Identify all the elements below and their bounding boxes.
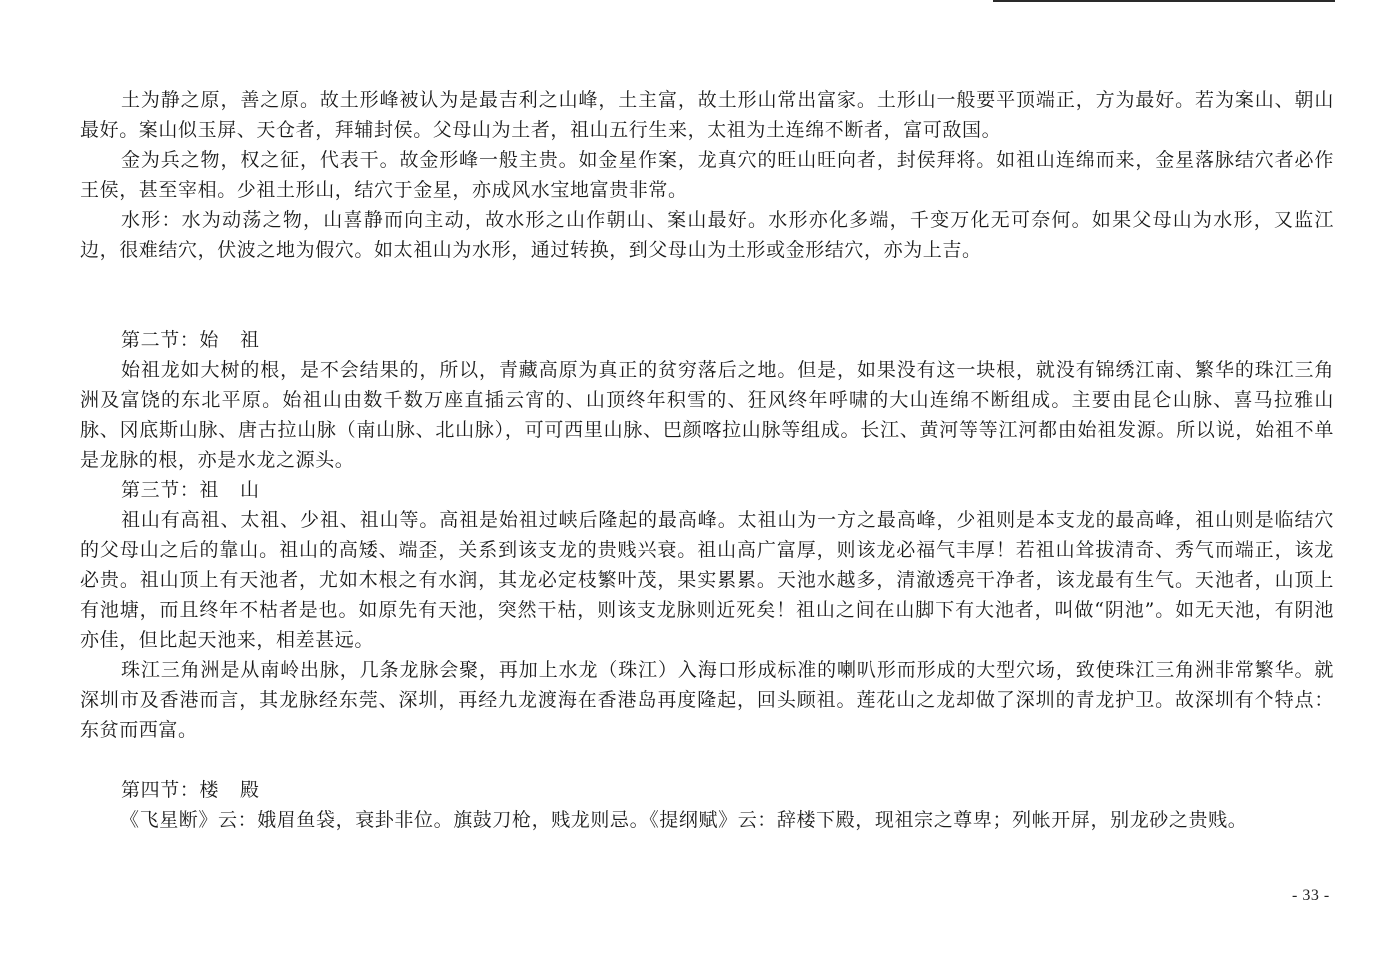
paragraph-water-shape: 水形：水为动荡之物，山喜静而向主动，故水形之山作朝山、案山最好。水形亦化多端，千… <box>80 205 1334 265</box>
section-heading-title-a: 楼 <box>199 779 219 801</box>
section-heading-prefix: 第三节： <box>121 479 199 501</box>
section-spacer <box>80 745 1334 775</box>
section-heading-2: 第二节：始祖 <box>80 325 1334 355</box>
section-heading-title-b: 山 <box>240 479 260 501</box>
section-heading-4: 第四节：楼殿 <box>80 775 1334 805</box>
paragraph-pearl-river-delta: 珠江三角洲是从南岭出脉，几条龙脉会聚，再加上水龙（珠江）入海口形成标准的喇叭形而… <box>80 655 1334 745</box>
paragraph-tower-palace: 《飞星断》云：娥眉鱼袋，衰卦非位。旗鼓刀枪，贱龙则忌。《提纲赋》云：辞楼下殿，现… <box>80 805 1334 835</box>
section-spacer <box>80 265 1334 325</box>
section-heading-title-b: 祖 <box>240 329 260 351</box>
section-heading-3: 第三节：祖山 <box>80 475 1334 505</box>
section-heading-prefix: 第二节： <box>121 329 199 351</box>
section-heading-title-a: 祖 <box>199 479 219 501</box>
section-heading-prefix: 第四节： <box>121 779 199 801</box>
page-body: 土为静之原，善之原。故土形峰被认为是最吉利之山峰，土主富，故土形山常出富家。土形… <box>80 85 1334 835</box>
paragraph-earth-shape: 土为静之原，善之原。故土形峰被认为是最吉利之山峰，土主富，故土形山常出富家。土形… <box>80 85 1334 145</box>
paragraph-metal-shape: 金为兵之物，权之征，代表干。故金形峰一般主贵。如金星作案，龙真穴的旺山旺向者，封… <box>80 145 1334 205</box>
paragraph-origin-ancestor: 始祖龙如大树的根，是不会结果的，所以，青藏高原为真正的贫穷落后之地。但是，如果没… <box>80 355 1334 475</box>
section-heading-title-b: 殿 <box>240 779 260 801</box>
paragraph-ancestral-mountain: 祖山有高祖、太祖、少祖、祖山等。高祖是始祖过峡后隆起的最高峰。太祖山为一方之最高… <box>80 505 1334 655</box>
section-heading-title-a: 始 <box>199 329 219 351</box>
header-rule <box>993 0 1335 2</box>
page-number: - 33 - <box>1292 887 1330 905</box>
